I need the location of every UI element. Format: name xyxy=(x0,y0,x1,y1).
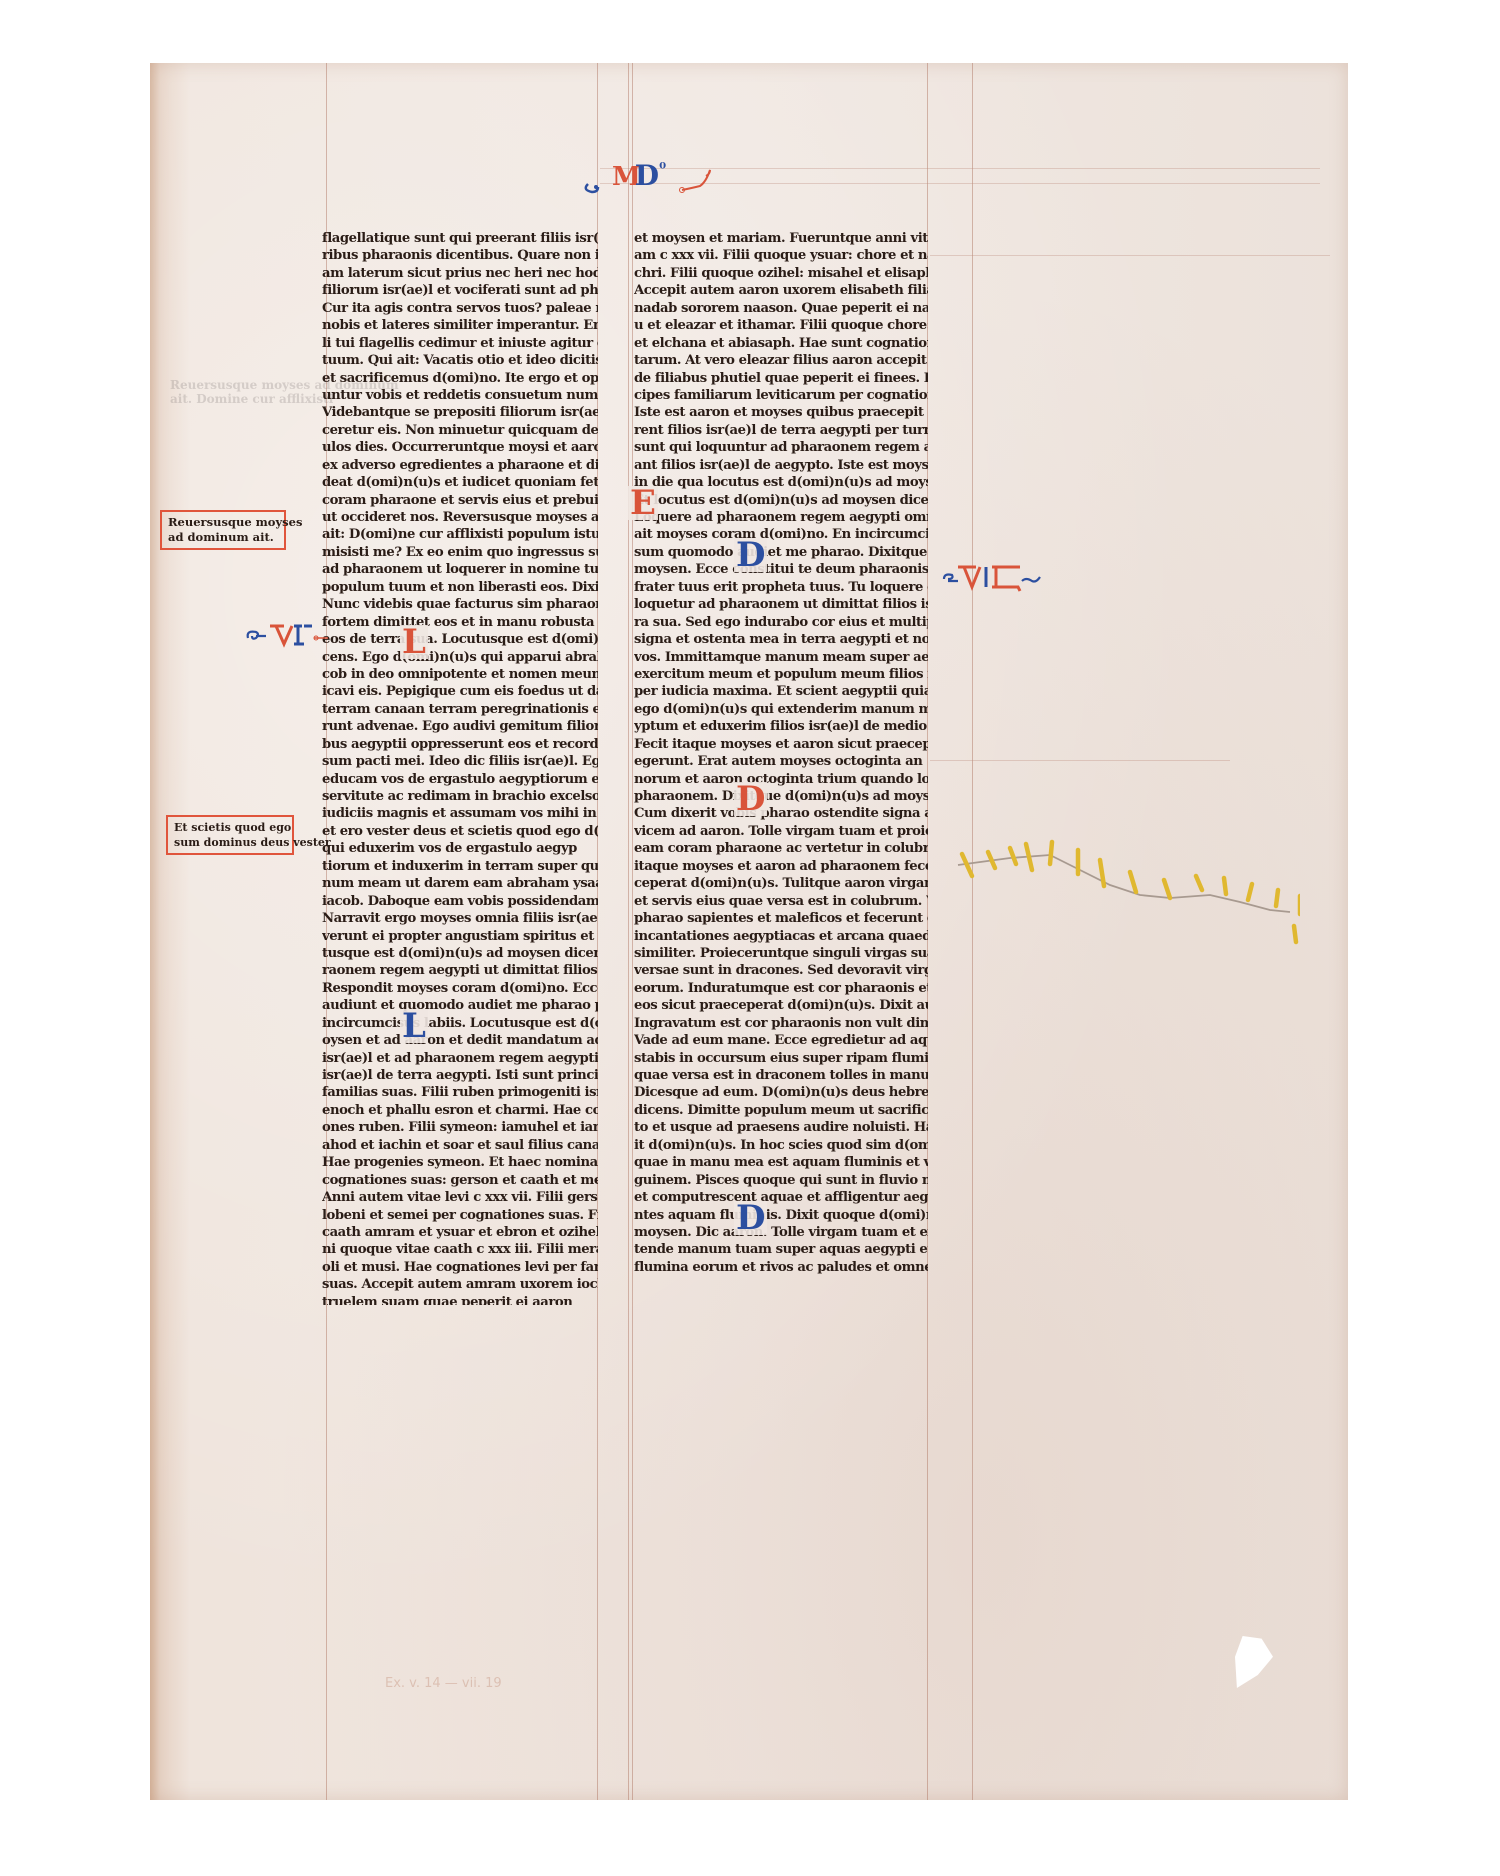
text-line: pharaonem. Dixitque d(omi)n(u)s ad moyse… xyxy=(634,788,928,805)
text-line: nadab sororem naason. Quae peperit ei na… xyxy=(634,300,928,317)
text-line: ant filios isr(ae)l de aegypto. Iste est… xyxy=(634,457,928,474)
text-line: li tui flagellis cedimur et iniuste agit… xyxy=(322,335,598,352)
text-line: ad pharaonem ut loquerer in nomine tuo a… xyxy=(322,561,598,578)
text-line: flumina eorum et rivos ac paludes et omn… xyxy=(634,1259,928,1276)
stitched-repair xyxy=(940,830,1300,964)
text-line: eorum. Induratumque est cor pharaonis et… xyxy=(634,980,928,997)
text-line: num meam ut darem eam abraham ysaac et xyxy=(322,875,598,892)
text-line: tarum. At vero eleazar filius aaron acce… xyxy=(634,352,928,369)
text-line: untur vobis et reddetis consuetum numeru… xyxy=(322,387,598,404)
text-line: dicens. Dimitte populum meum ut sacrific… xyxy=(634,1102,928,1119)
text-line: educam vos de ergastulo aegyptiorum et e… xyxy=(322,771,598,788)
text-line: iudiciis magnis et assumam vos mihi in p… xyxy=(322,805,598,822)
text-line: et elchana et abiasaph. Hae sunt cognati… xyxy=(634,335,928,352)
text-line: enoch et phallu esron et charmi. Hae cog… xyxy=(322,1102,598,1119)
text-line: eam coram pharaone ac vertetur in colubr… xyxy=(634,840,928,857)
decorated-initial: D xyxy=(734,538,767,572)
text-line: versae sunt in dracones. Sed devoravit v… xyxy=(634,962,928,979)
text-line: Hae progenies symeon. Et haec nomina fil… xyxy=(322,1154,598,1171)
text-line: et ero vester deus et scietis quod ego d… xyxy=(322,823,598,840)
ruling-line xyxy=(930,255,1330,256)
text-line: et servis eius quae versa est in colubru… xyxy=(634,893,928,910)
text-line: et computrescent aquae et affligentur ae… xyxy=(634,1189,928,1206)
text-line: exercitum meum et populum meum filios is… xyxy=(634,666,928,683)
text-line: cipes familiarum leviticarum per cognati… xyxy=(634,387,928,404)
text-line: ahod et iachin et soar et saul filius ca… xyxy=(322,1137,598,1154)
text-line: raonem regem aegypti ut dimittat filios … xyxy=(322,962,598,979)
text-line: Vade ad eum mane. Ecce egredietur ad aqu… xyxy=(634,1032,928,1049)
text-line: suas. Accepit autem amram uxorem iochabe… xyxy=(322,1276,598,1293)
text-line: norum et aaron octoginta trium quando lo… xyxy=(634,771,928,788)
ruling-line xyxy=(930,760,1230,761)
text-line: ceperat d(omi)n(u)s. Tulitque aaron virg… xyxy=(634,875,928,892)
ruling-line xyxy=(632,63,633,1800)
text-line: sum quomodo audiet me pharao. Dixitque d… xyxy=(634,544,928,561)
text-line: yptum et eduxerim filios isr(ae)l de med… xyxy=(634,718,928,735)
text-line: ones ruben. Filii symeon: iamuhel et iam… xyxy=(322,1119,598,1136)
text-line: it d(omi)n(u)s. In hoc scies quod sim d(… xyxy=(634,1137,928,1154)
text-line: cob in deo omnipotente et nomen meum ado… xyxy=(322,666,598,683)
text-line: ra sua. Sed ego indurabo cor eius et mul… xyxy=(634,614,928,631)
text-line: itaque moyses et aaron ad pharaonem fece… xyxy=(634,858,928,875)
text-line: flagellatique sunt qui preerant filiis i… xyxy=(322,230,598,247)
text-line: cens. Ego d(omi)n(u)s qui apparui abraha… xyxy=(322,649,598,666)
text-line: tiorum et induxerim in terram super quam… xyxy=(322,858,598,875)
decorated-initial: D xyxy=(734,782,767,816)
note-line: ad dominum ait. xyxy=(168,530,278,545)
text-line: isr(ae)l de terra aegypti. Isti sunt pri… xyxy=(322,1067,598,1084)
text-line: vicem ad aaron. Tolle virgam tuam et pro… xyxy=(634,823,928,840)
note-line: sum dominus deus vester xyxy=(174,835,286,850)
text-line: moysen. Dic aaron. Tolle virgam tuam et … xyxy=(634,1224,928,1241)
running-header-superscript: D xyxy=(635,159,659,192)
text-line: isr(ae)l et ad pharaonem regem aegypti u… xyxy=(322,1050,598,1067)
text-line: de filiabus phutiel quae peperit ei fine… xyxy=(634,370,928,387)
running-header-abbr: ⁰ xyxy=(659,159,666,178)
text-line: Ingravatum est cor pharaonis non vult di… xyxy=(634,1015,928,1032)
decorated-initial: D xyxy=(734,1201,767,1235)
text-line: fortem dimittet eos et in manu robusta e… xyxy=(322,614,598,631)
text-line: frater tuus erit propheta tuus. Tu loque… xyxy=(634,579,928,596)
text-line: tusque est d(omi)n(u)s ad moysen dicens.… xyxy=(322,945,598,962)
text-line: ntes aquam fluminis. Dixit quoque d(omi)… xyxy=(634,1207,928,1224)
text-line: deat d(omi)n(u)s et iudicet quoniam fete… xyxy=(322,474,598,491)
text-line: moysen. Ecce constitui te deum pharaonis… xyxy=(634,561,928,578)
text-line: am c xxx vii. Filii quoque ysuar: chore … xyxy=(634,247,928,264)
text-line: misisti me? Ex eo enim quo ingressus sum xyxy=(322,544,598,561)
text-line: ego d(omi)n(u)s qui extenderim manum mea… xyxy=(634,701,928,718)
text-line: bus aegyptii oppresserunt eos et recorda… xyxy=(322,736,598,753)
running-header: MD⁰ xyxy=(612,158,666,193)
text-line: et moysen et mariam. Fueruntque anni vit… xyxy=(634,230,928,247)
text-line: to et usque ad praesens audire noluisti.… xyxy=(634,1119,928,1136)
text-line: servitute ac redimam in brachio excelso … xyxy=(322,788,598,805)
text-line: Dicesque ad eum. D(omi)n(u)s deus hebreo… xyxy=(634,1084,928,1101)
text-line: Iste est aaron et moyses quibus praecepi… xyxy=(634,404,928,421)
text-line: vos. Immittamque manum meam super aegypt… xyxy=(634,649,928,666)
text-line: filiorum isr(ae)l et vociferati sunt ad … xyxy=(322,282,598,299)
text-line: Loquere ad pharaonem regem aegypti omnia… xyxy=(634,509,928,526)
decorated-initial: E xyxy=(628,486,658,520)
text-line: oli et musi. Hae cognationes levi per fa… xyxy=(322,1259,598,1276)
text-line: Accepit autem aaron uxorem elisabeth fil… xyxy=(634,282,928,299)
text-line: sunt qui loquuntur ad pharaonem regem ae… xyxy=(634,439,928,456)
text-line: egerunt. Erat autem moyses octoginta an xyxy=(634,753,928,770)
text-line: ribus pharaonis dicentibus. Quare non im… xyxy=(322,247,598,264)
pencil-note: Ex. v. 14 — vii. 19 xyxy=(385,1676,502,1691)
text-line: in die qua locutus est d(omi)n(u)s ad mo… xyxy=(634,474,928,491)
ruling-line xyxy=(628,63,629,1800)
text-line: icavi eis. Pepigique cum eis foedus ut d… xyxy=(322,683,598,700)
text-line: ait moyses coram d(omi)no. En incircumci… xyxy=(634,526,928,543)
text-line: caath amram et ysuar et ebron et ozihel.… xyxy=(322,1224,598,1241)
text-line: Nunc videbis quae facturus sim pharaoni.… xyxy=(322,596,598,613)
text-line: quae versa est in draconem tolles in man… xyxy=(634,1067,928,1084)
text-line: coram pharaone et servis eius et prebuis… xyxy=(322,492,598,509)
text-line: stabis in occursum eius super ripam flum… xyxy=(634,1050,928,1067)
text-line: ni quoque vitae caath c xxx iii. Filii m… xyxy=(322,1241,598,1258)
text-line: oysen et ad aaron et dedit mandatum ad f… xyxy=(322,1032,598,1049)
text-line: audiunt et quomodo audiet me pharao prae… xyxy=(322,997,598,1014)
text-line: Videbantque se prepositi filiorum isr(ae… xyxy=(322,404,598,421)
text-line: ex adverso egredientes a pharaone et dix… xyxy=(322,457,598,474)
text-line: signa et ostenta mea in terra aegypti et… xyxy=(634,631,928,648)
text-line: runt advenae. Ego audivi gemitum filioru… xyxy=(322,718,598,735)
text-line: Narravit ergo moyses omnia filiis isr(ae… xyxy=(322,910,598,927)
text-column-right: et moysen et mariam. Fueruntque anni vit… xyxy=(634,230,928,1305)
text-line: Et locutus est d(omi)n(u)s ad moysen dic… xyxy=(634,492,928,509)
text-column-left: flagellatique sunt qui preerant filiis i… xyxy=(322,230,598,1305)
text-line: Fecit itaque moyses et aaron sicut praec… xyxy=(634,736,928,753)
text-line: chri. Filii quoque ozihel: misahel et el… xyxy=(634,265,928,282)
text-line: ait: D(omi)ne cur afflixisti populum ist… xyxy=(322,526,598,543)
text-line: verunt ei propter angustiam spiritus et … xyxy=(322,928,598,945)
note-line: Et scietis quod ego xyxy=(174,820,286,835)
marginal-note-2: Et scietis quod ego sum dominus deus ves… xyxy=(166,815,294,855)
text-line: ulos dies. Occurreruntque moysi et aaron… xyxy=(322,439,598,456)
text-line: iacob. Daboque eam vobis possidendam ego… xyxy=(322,893,598,910)
decorated-initial: L xyxy=(400,1009,428,1043)
text-line: quae in manu mea est aquam fluminis et v… xyxy=(634,1154,928,1171)
text-line: guinem. Pisces quoque qui sunt in fluvio… xyxy=(634,1172,928,1189)
text-line: Anni autem vitae levi c xxx vii. Filii g… xyxy=(322,1189,598,1206)
text-line: incantationes aegyptiacas et arcana quae… xyxy=(634,928,928,945)
text-line: similiter. Proieceruntque singuli virgas… xyxy=(634,945,928,962)
text-line: ceretur eis. Non minuetur quicquam de la… xyxy=(322,422,598,439)
text-line: rent filios isr(ae)l de terra aegypti pe… xyxy=(634,422,928,439)
chapter-number-right xyxy=(940,555,1050,599)
text-line: eos sicut praeceperat d(omi)n(u)s. Dixit… xyxy=(634,997,928,1014)
decorated-initial: L xyxy=(400,625,428,659)
text-line: Cur ita agis contra servos tuos? paleae … xyxy=(322,300,598,317)
text-line: truelem suam quae peperit ei aaron xyxy=(322,1294,598,1305)
text-line: qui eduxerim vos de ergastulo aegyp xyxy=(322,840,598,857)
text-line: tende manum tuam super aquas aegypti et … xyxy=(634,1241,928,1258)
text-line: tuum. Qui ait: Vacatis otio et ideo dici… xyxy=(322,352,598,369)
text-line: pharao sapientes et maleficos et fecerun… xyxy=(634,910,928,927)
note-line: Reuersusque moyses xyxy=(168,515,278,530)
text-line: am laterum sicut prius nec heri nec hodi… xyxy=(322,265,598,282)
text-line: Respondit moyses coram d(omi)no. Ecce fi… xyxy=(322,980,598,997)
text-line: terram canaan terram peregrinationis eor… xyxy=(322,701,598,718)
text-line: familias suas. Filii ruben primogeniti i… xyxy=(322,1084,598,1101)
text-line: per iudicia maxima. Et scient aegyptii q… xyxy=(634,683,928,700)
text-line: cognationes suas: gerson et caath et mer… xyxy=(322,1172,598,1189)
marginal-note-1: Reuersusque moyses ad dominum ait. xyxy=(160,510,286,550)
text-line: nobis et lateres similiter imperantur. E… xyxy=(322,317,598,334)
text-line: populum tuum et non liberasti eos. Dixit… xyxy=(322,579,598,596)
text-line: sum pacti mei. Ideo dic filiis isr(ae)l.… xyxy=(322,753,598,770)
text-line: incircumcisus labiis. Locutusque est d(o… xyxy=(322,1015,598,1032)
text-line: eos de terra sua. Locutusque est d(omi)n… xyxy=(322,631,598,648)
chapter-number-left xyxy=(244,612,344,656)
text-line: u et eleazar et ithamar. Filii quoque ch… xyxy=(634,317,928,334)
text-line: et sacrificemus d(omi)no. Ite ergo et op… xyxy=(322,370,598,387)
text-line: Cum dixerit vobis pharao ostendite signa… xyxy=(634,805,928,822)
text-line: lobeni et semei per cognationes suas. Fi… xyxy=(322,1207,598,1224)
text-line: loquetur ad pharaonem ut dimittat filios… xyxy=(634,596,928,613)
text-line: ut occideret nos. Reversusque moyses ad … xyxy=(322,509,598,526)
